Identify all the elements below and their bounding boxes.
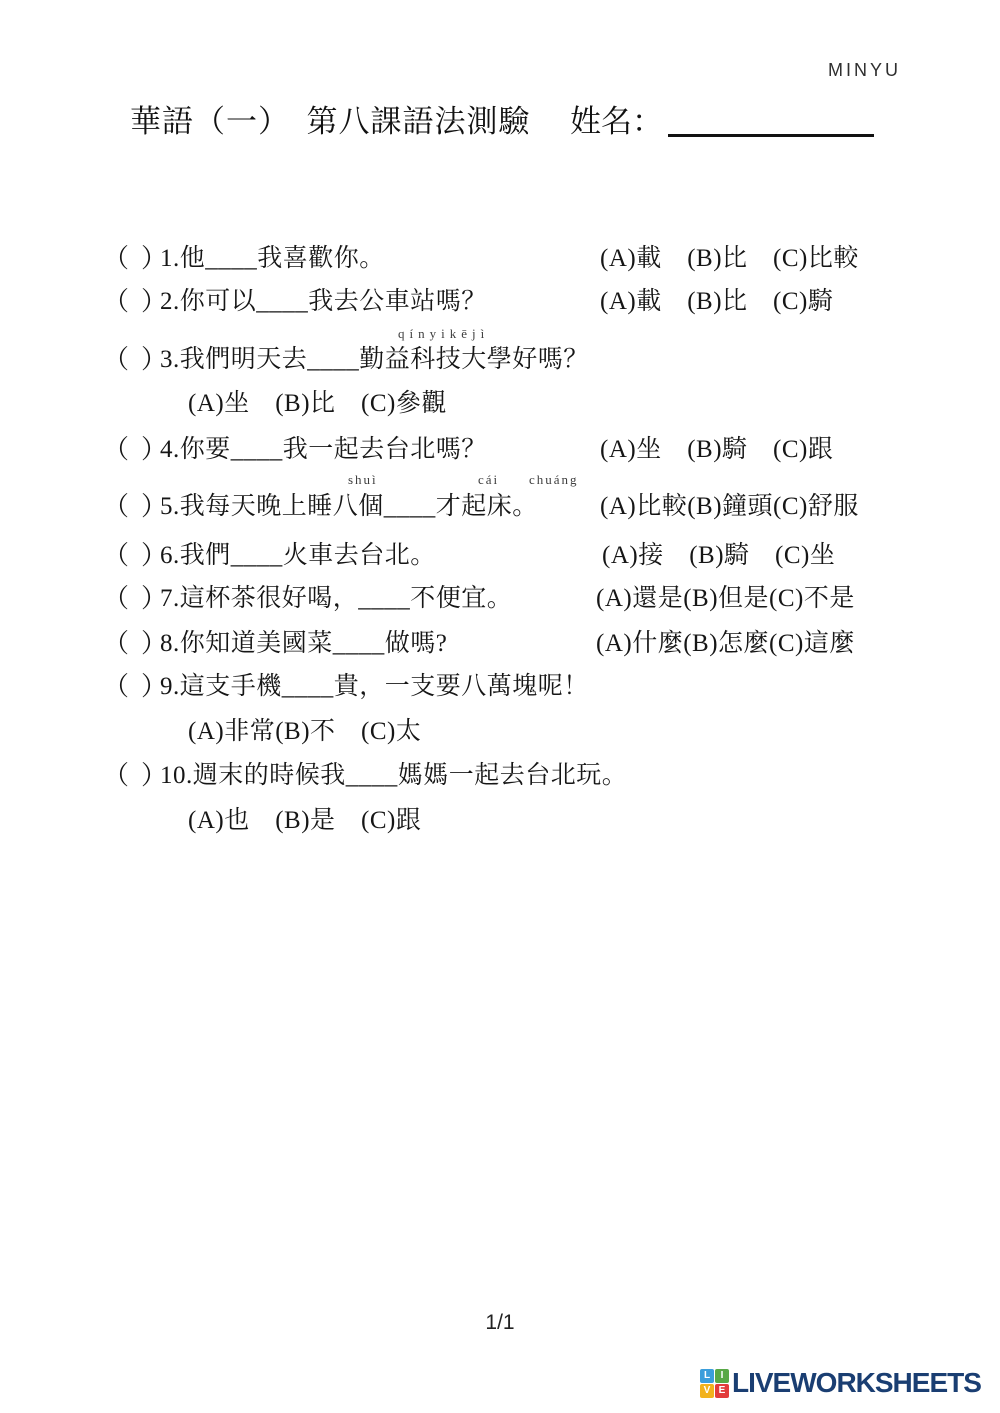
question-5-row: （ ） 5.我每天晚上睡八個____才起床。 (A)比較(B)鐘頭(C)舒服 bbox=[0, 492, 1000, 524]
question-1-text: 1.他____我喜歡你。 bbox=[160, 244, 385, 274]
logo-square-i: I bbox=[715, 1369, 729, 1383]
answer-paren-open: （ bbox=[103, 244, 129, 274]
name-blank-line[interactable] bbox=[668, 102, 874, 137]
liveworksheets-wordmark: LIVEWORKSHEETS bbox=[732, 1367, 981, 1399]
question-9-options-row: (A)非常(B)不 (C)太 bbox=[0, 717, 1000, 749]
name-label: 姓名： bbox=[570, 96, 663, 141]
question-8-options: (A)什麼(B)怎麼(C)這麼 bbox=[596, 629, 855, 659]
pinyin-shui: shuì bbox=[348, 472, 378, 488]
question-6-text: 6.我們____火車去台北。 bbox=[160, 541, 436, 571]
question-8-row: （ ） 8.你知道美國菜____做嗎? (A)什麼(B)怎麼(C)這麼 bbox=[0, 629, 1000, 661]
answer-paren-open: （ bbox=[103, 287, 129, 317]
question-7-text: 7.這杯茶很好喝，____不便宜。 bbox=[160, 584, 512, 614]
question-7-row: （ ） 7.這杯茶很好喝，____不便宜。 (A)還是(B)但是(C)不是 bbox=[0, 584, 1000, 616]
question-5-text: 5.我每天晚上睡八個____才起床。 bbox=[160, 492, 538, 522]
question-5-options: (A)比較(B)鐘頭(C)舒服 bbox=[600, 492, 859, 522]
worksheet-page: MINYU 華語（一） 第八課語法測驗 姓名： （ ） 1.他____我喜歡你。… bbox=[0, 0, 1000, 1413]
answer-paren-open: （ bbox=[103, 345, 129, 375]
answer-paren-open: （ bbox=[103, 435, 129, 465]
question-9-options: (A)非常(B)不 (C)太 bbox=[188, 717, 421, 747]
question-10-options-row: (A)也 (B)是 (C)跟 bbox=[0, 806, 1000, 838]
question-6-options: (A)接 (B)騎 (C)坐 bbox=[602, 541, 835, 571]
question-4-row: （ ） 4.你要____我一起去台北嗎？ (A)坐 (B)騎 (C)跟 bbox=[0, 435, 1000, 467]
question-6-row: （ ） 6.我們____火車去台北。 (A)接 (B)騎 (C)坐 bbox=[0, 541, 1000, 573]
question-10-options: (A)也 (B)是 (C)跟 bbox=[188, 806, 421, 836]
question-3-options: (A)坐 (B)比 (C)參觀 bbox=[188, 389, 447, 419]
question-10-text: 10.週末的時候我____媽媽一起去台北玩。 bbox=[160, 761, 627, 791]
pinyin-cai: cái bbox=[478, 472, 499, 488]
question-3-options-row: (A)坐 (B)比 (C)參觀 bbox=[0, 389, 1000, 421]
question-2-text: 2.你可以____我去公車站嗎？ bbox=[160, 287, 487, 317]
answer-paren-open: （ bbox=[103, 761, 129, 791]
question-4-options: (A)坐 (B)騎 (C)跟 bbox=[600, 435, 833, 465]
answer-paren-open: （ bbox=[103, 541, 129, 571]
logo-square-e: E bbox=[715, 1384, 729, 1398]
page-title: 華語（一） 第八課語法測驗 bbox=[130, 96, 531, 141]
answer-paren-open: （ bbox=[103, 672, 129, 702]
answer-paren-open: （ bbox=[103, 492, 129, 522]
pinyin-chuang: chuáng bbox=[529, 472, 579, 488]
liveworksheets-logo[interactable]: L I V E LIVEWORKSHEETS bbox=[700, 1367, 981, 1399]
question-3-row: （ ） 3.我們明天去____勤益科技大學好嗎？ bbox=[0, 345, 1000, 377]
page-number: 1/1 bbox=[0, 1311, 1000, 1335]
question-9-text: 9.這支手機____貴，一支要八萬塊呢！ bbox=[160, 672, 589, 702]
question-9-row: （ ） 9.這支手機____貴，一支要八萬塊呢！ bbox=[0, 672, 1000, 704]
pinyin-qinyikeji: qínyikējì bbox=[398, 326, 489, 342]
question-2-row: （ ） 2.你可以____我去公車站嗎？ (A)載 (B)比 (C)騎 bbox=[0, 287, 1000, 319]
answer-paren-open: （ bbox=[103, 584, 129, 614]
question-1-options: (A)載 (B)比 (C)比較 bbox=[600, 244, 859, 274]
question-3-text: 3.我們明天去____勤益科技大學好嗎？ bbox=[160, 345, 589, 375]
watermark-minyu: MINYU bbox=[828, 60, 901, 81]
question-7-options: (A)還是(B)但是(C)不是 bbox=[596, 584, 855, 614]
question-1-row: （ ） 1.他____我喜歡你。 (A)載 (B)比 (C)比較 bbox=[0, 244, 1000, 276]
logo-square-l: L bbox=[700, 1369, 714, 1383]
question-2-options: (A)載 (B)比 (C)騎 bbox=[600, 287, 833, 317]
answer-paren-open: （ bbox=[103, 629, 129, 659]
liveworksheets-icon: L I V E bbox=[700, 1369, 729, 1398]
question-10-row: （ ） 10.週末的時候我____媽媽一起去台北玩。 bbox=[0, 761, 1000, 793]
question-8-text: 8.你知道美國菜____做嗎? bbox=[160, 629, 447, 659]
logo-square-v: V bbox=[700, 1384, 714, 1398]
question-4-text: 4.你要____我一起去台北嗎？ bbox=[160, 435, 487, 465]
